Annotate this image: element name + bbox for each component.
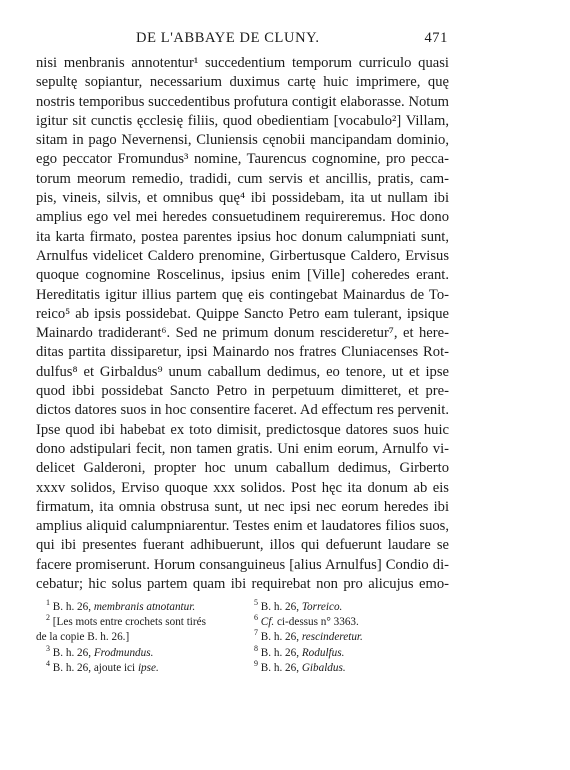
footnote-italic: ipse. (138, 662, 159, 674)
text-line: torum meorum remedio, tradidi, cum servi… (36, 170, 449, 189)
footnote-italic: membranis atnotantur. (94, 601, 195, 613)
text-line: facere promiserunt. Horum consanguineus … (36, 556, 449, 575)
footnote-7: 7 B. h. 26, rescinderetur. (254, 630, 454, 645)
footnote-8: 8 B. h. 26, Rodulfus. (254, 646, 454, 661)
footnote-6: 6 Cf. ci-dessus n° 3363. (254, 615, 454, 630)
footnote-2-cont: de la copie B. h. 26.] (36, 630, 236, 645)
text-line: Ipse quod ibi habebat ex toto dimisit, p… (36, 421, 449, 440)
text-line: nisi menbranis annotentur¹ succedentium … (36, 54, 449, 73)
footnote-2: 2 [Les mots entre crochets sont tirés (36, 615, 236, 630)
text-line: Arnulfus videlicet Caldero prenomine, Gi… (36, 247, 449, 266)
footnote-italic: Rodulfus. (302, 647, 345, 659)
text-line: igitur sit cunctis ęcclesię filiis, quod… (36, 112, 449, 131)
text-line: delicet Galderoni, propter hoc unum caba… (36, 459, 449, 478)
footnote-italic: Frodmundus. (94, 647, 154, 659)
footnote-mark: 3 (46, 644, 50, 653)
text-line: Hereditatis igitur illius partem quę eis… (36, 286, 449, 305)
footnote-mark: 7 (254, 628, 258, 637)
footnote-mark: 6 (254, 613, 258, 622)
text-line: nostris temporibus succedentibus profutu… (36, 93, 449, 112)
running-head-title: DE L'ABBAYE DE CLUNY. (136, 30, 320, 47)
text-line: ego peccator Fromundus³ nomine, Taurencu… (36, 150, 449, 169)
footnote-3: 3 B. h. 26, Frodmundus. (36, 646, 236, 661)
text-line: amplius aliquid calumpniarentur. Testes … (36, 517, 449, 536)
footnote-text: B. h. 26, (261, 647, 302, 659)
text-line: firmatum, ita omnia obstrusa sunt, ut ne… (36, 498, 449, 517)
body-text: nisi menbranis annotentur¹ succedentium … (36, 54, 449, 594)
footnote-italic: Cf. (261, 616, 274, 628)
footnote-italic: Torreico. (302, 601, 343, 613)
footnote-text: [Les mots entre crochets sont tirés (53, 616, 206, 628)
footnote-mark: 9 (254, 659, 258, 668)
text-line: xxxv solidos, Erviso quoque xxx solidos.… (36, 479, 449, 498)
text-line: dulfus⁸ et Girbaldus⁹ unum caballum dedi… (36, 363, 449, 382)
footnote-text: B. h. 26, (53, 601, 94, 613)
footnote-text: ci-dessus n° 3363. (274, 616, 359, 628)
text-line: reico⁵ ab ipsis possidebat. Quippe Sanct… (36, 305, 449, 324)
text-line: cebatur; hic solus partem quam ibi requi… (36, 575, 449, 594)
footnote-mark: 1 (46, 598, 50, 607)
text-line: Mainardo tradiderant⁶. Sed ne primum don… (36, 324, 449, 343)
page-number: 471 (424, 30, 448, 47)
text-line: sitam in pago Nevernensi, Cluniensis cęn… (36, 131, 449, 150)
footnote-text: B. h. 26, (261, 601, 302, 613)
text-line: dictos datores suos in hoc consentire fa… (36, 401, 449, 420)
footnotes-left-column: 1 B. h. 26, membranis atnotantur. 2 [Les… (36, 600, 236, 676)
text-line: qui ibi presentes fuerant adhibuerunt, i… (36, 536, 449, 555)
text-line: sepultę sopiantur, necessarium duximus c… (36, 73, 449, 92)
text-line: quod ibbi possidebat Sancto Petro in per… (36, 382, 449, 401)
footnote-text: B. h. 26, (53, 647, 94, 659)
text-line: amplius ego vel mei heredes consuetudine… (36, 208, 449, 227)
footnote-5: 5 B. h. 26, Torreico. (254, 600, 454, 615)
document-page: DE L'ABBAYE DE CLUNY. 471 nisi menbranis… (0, 0, 570, 770)
footnote-mark: 2 (46, 613, 50, 622)
text-line: ditas partita dissiparetur, ipsi Mainard… (36, 343, 449, 362)
footnote-italic: rescinderetur. (302, 631, 363, 643)
text-line: ita karta firmato, postea parentes ipsiu… (36, 228, 449, 247)
footnote-1: 1 B. h. 26, membranis atnotantur. (36, 600, 236, 615)
text-line: pis, vineis, silvis, et omnibus quę⁴ ibi… (36, 189, 449, 208)
text-line: dono adstipulari fecit, non tamen gratis… (36, 440, 449, 459)
footnote-text: B. h. 26, (261, 631, 302, 643)
footnote-9: 9 B. h. 26, Gibaldus. (254, 661, 454, 676)
footnotes-right-column: 5 B. h. 26, Torreico. 6 Cf. ci-dessus n°… (254, 600, 454, 676)
text-line: quoque cognomine Roscelinus, ipsius enim… (36, 266, 449, 285)
running-head: DE L'ABBAYE DE CLUNY. 471 (36, 30, 448, 50)
footnote-text: B. h. 26, ajoute ici (53, 662, 138, 674)
footnote-italic: Gibaldus. (302, 662, 346, 674)
footnote-text: de la copie B. h. 26.] (36, 631, 129, 643)
footnote-mark: 5 (254, 598, 258, 607)
footnote-mark: 4 (46, 659, 50, 668)
footnote-4: 4 B. h. 26, ajoute ici ipse. (36, 661, 236, 676)
footnote-mark: 8 (254, 644, 258, 653)
footnote-text: B. h. 26, (261, 662, 302, 674)
